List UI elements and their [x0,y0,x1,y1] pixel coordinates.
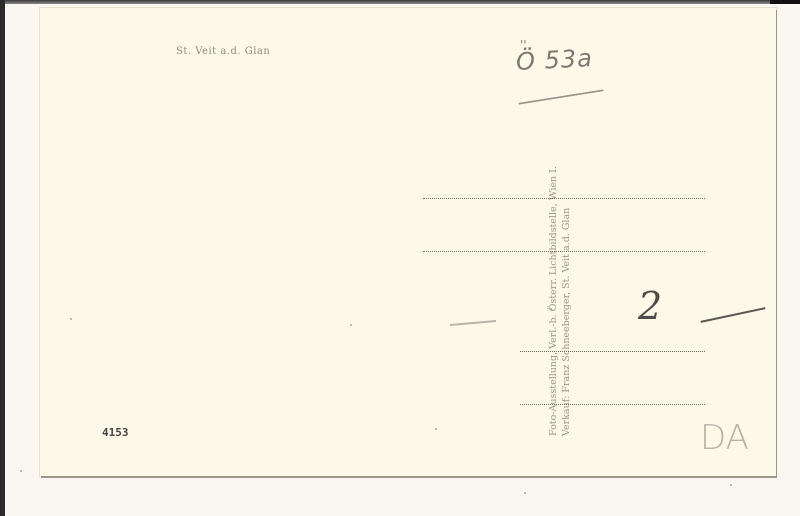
postcard-back: St. Veit a.d. Glan Foto-Ausstellung, Ver… [40,8,776,476]
scan-top-edge-dark [770,0,800,4]
handwritten-price-stroke [701,307,766,323]
dust-speck [350,324,352,326]
address-line-3 [520,351,705,352]
publisher-line-2: Verkauf: Franz Schneeberger, St. Veit a.… [560,96,573,436]
pencil-mark [450,320,496,326]
postcard-caption: St. Veit a.d. Glan [176,46,270,57]
publisher-line-1: Foto-Ausstellung, Verl.-b. Österr. Licht… [547,96,560,436]
handwritten-initials: DA [700,418,749,458]
dust-speck [20,470,22,472]
card-number: 4153 [102,426,129,439]
dust-speck [435,428,437,430]
dust-speck [730,484,732,486]
dust-speck [550,308,552,310]
address-line-4 [520,404,705,405]
address-line-1 [423,198,705,199]
dust-speck [524,492,526,494]
dust-speck [70,318,72,320]
handwritten-price: 2 [638,284,662,328]
handwritten-catalog-code: Ö 53a [515,44,593,76]
scan-left-edge [0,0,5,516]
scan-top-edge [0,0,800,4]
address-line-2 [423,251,705,252]
publisher-imprint: Foto-Ausstellung, Verl.-b. Österr. Licht… [547,96,583,436]
